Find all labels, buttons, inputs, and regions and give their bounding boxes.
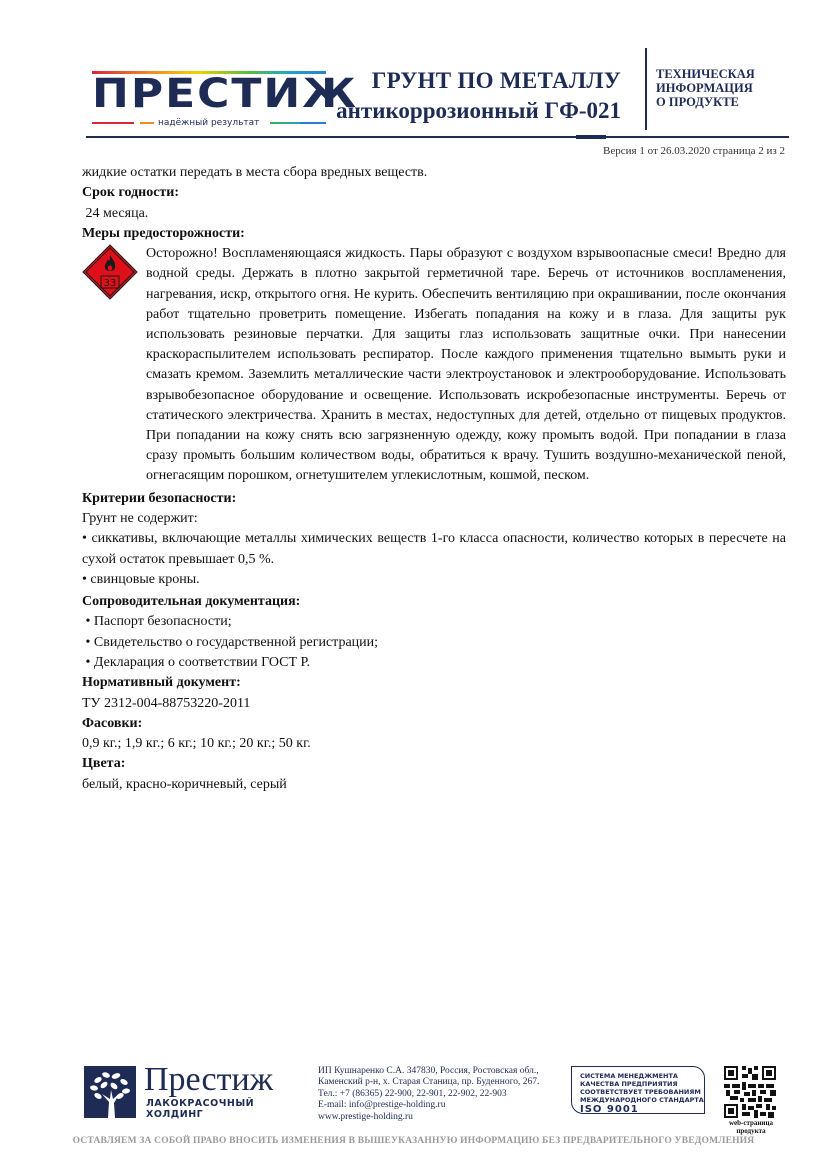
tech-info-line: ИНФОРМАЦИЯ bbox=[656, 81, 755, 95]
product-title: ГРУНТ ПО МЕТАЛЛУ антикоррозионный ГФ-021 bbox=[336, 67, 621, 127]
qr-caption-line: продукта bbox=[720, 1127, 782, 1135]
tagline-segment-blue bbox=[300, 122, 326, 124]
safety-item: • свинцовые кроны. bbox=[82, 570, 786, 590]
iso-line: КАЧЕСТВА ПРЕДПРИЯТИЯ bbox=[580, 1080, 704, 1088]
prestige-logo: ПРЕСТИЖ надёжный результат bbox=[92, 66, 328, 130]
precautions-text: Осторожно! Воспламеняющаяся жидкость. Па… bbox=[146, 244, 786, 486]
section-heading-safety: Критерии безопасности: bbox=[82, 489, 786, 509]
holding-logo-subtitle-line: ХОЛДИНГ bbox=[146, 1109, 254, 1120]
section-heading-colors: Цвета: bbox=[82, 754, 786, 774]
holding-logo-name: Престиж bbox=[144, 1060, 273, 1100]
logo-wordmark: ПРЕСТИЖ bbox=[92, 74, 358, 114]
contact-line: Каменский р-н, х. Старая Станица, пр. Бу… bbox=[318, 1077, 539, 1088]
tech-info-line: ТЕХНИЧЕСКАЯ bbox=[656, 67, 755, 81]
company-contacts: ИП Кушнаренко С.А. 347830, Россия, Росто… bbox=[318, 1066, 539, 1123]
iso-line: МЕЖДУНАРОДНОГО СТАНДАРТА bbox=[580, 1096, 704, 1104]
tagline-segment-orange bbox=[140, 122, 154, 124]
docs-item: • Паспорт безопасности; bbox=[82, 612, 786, 632]
shelf-life-text: 24 месяца. bbox=[82, 204, 786, 224]
tagline-segment-green bbox=[270, 122, 300, 124]
logo-tagline-row: надёжный результат bbox=[92, 117, 326, 129]
packaging-text: 0,9 кг.; 1,9 кг.; 6 кг.; 10 кг.; 20 кг.;… bbox=[82, 734, 786, 754]
header-rule-knob bbox=[576, 135, 606, 139]
docs-item: • Свидетельство о государственной регист… bbox=[82, 633, 786, 653]
iso-9001-badge: СИСТЕМА МЕНЕДЖМЕНТА КАЧЕСТВА ПРЕДПРИЯТИЯ… bbox=[571, 1066, 705, 1114]
holding-logo-subtitle-line: ЛАКОКРАСОЧНЫЙ bbox=[146, 1098, 254, 1109]
colors-text: белый, красно-коричневый, серый bbox=[82, 775, 786, 795]
section-heading-packaging: Фасовки: bbox=[82, 714, 786, 734]
iso-text: СИСТЕМА МЕНЕДЖМЕНТА КАЧЕСТВА ПРЕДПРИЯТИЯ… bbox=[580, 1072, 704, 1115]
section-heading-precautions: Меры предосторожности: bbox=[82, 224, 786, 244]
safety-intro: Грунт не содержит: bbox=[82, 509, 786, 529]
qr-code-icon[interactable] bbox=[724, 1066, 776, 1118]
tagline-segment-red bbox=[92, 122, 134, 124]
normative-text: ТУ 2312-004-88753220-2011 bbox=[82, 694, 786, 714]
qr-caption-line: web-страница bbox=[720, 1119, 782, 1127]
contact-website[interactable]: www.prestige-holding.ru bbox=[318, 1112, 539, 1123]
safety-item: • сиккативы, включающие металлы химическ… bbox=[82, 529, 786, 570]
header-rule bbox=[86, 136, 789, 138]
contact-line: ИП Кушнаренко С.А. 347830, Россия, Росто… bbox=[318, 1066, 539, 1077]
contact-email[interactable]: E-mail: info@prestige-holding.ru bbox=[318, 1100, 539, 1111]
docs-item: • Декларация о соответствии ГОСТ Р. bbox=[82, 653, 786, 673]
tree-icon bbox=[84, 1066, 136, 1118]
svg-text:33: 33 bbox=[104, 278, 117, 289]
holding-logo: Престиж ЛАКОКРАСОЧНЫЙ ХОЛДИНГ bbox=[84, 1066, 304, 1121]
logo-tagline: надёжный результат bbox=[158, 117, 259, 129]
precautions-block: 33 Осторожно! Воспламеняющаяся жидкость.… bbox=[146, 244, 786, 486]
iso-standard: ISO 9001 bbox=[580, 1104, 704, 1115]
product-title-line1: ГРУНТ ПО МЕТАЛЛУ bbox=[336, 67, 621, 95]
section-heading-normative: Нормативный документ: bbox=[82, 673, 786, 693]
iso-line: СИСТЕМА МЕНЕДЖМЕНТА bbox=[580, 1072, 704, 1080]
header-divider bbox=[645, 48, 647, 130]
qr-caption: web-страница продукта bbox=[720, 1119, 782, 1135]
section-heading-docs: Сопроводительная документация: bbox=[82, 592, 786, 612]
iso-line: СООТВЕТСТВУЕТ ТРЕБОВАНИЯМ bbox=[580, 1088, 704, 1096]
flammable-liquid-3-icon: 33 bbox=[82, 244, 138, 300]
product-title-line2: антикоррозионный ГФ-021 bbox=[336, 95, 621, 127]
holding-logo-subtitle: ЛАКОКРАСОЧНЫЙ ХОЛДИНГ bbox=[146, 1098, 254, 1120]
version-info: Версия 1 от 26.03.2020 страница 2 из 2 bbox=[603, 145, 785, 157]
document-body: жидкие остатки передать в места сбора вр… bbox=[82, 163, 786, 795]
intro-text: жидкие остатки передать в места сбора вр… bbox=[82, 163, 786, 183]
tech-info-line: О ПРОДУКТЕ bbox=[656, 95, 755, 109]
contact-phone: Тел.: +7 (86365) 22-900, 22-901, 22-902,… bbox=[318, 1089, 539, 1100]
tech-info-label: ТЕХНИЧЕСКАЯ ИНФОРМАЦИЯ О ПРОДУКТЕ bbox=[656, 67, 755, 109]
disclaimer: ОСТАВЛЯЕМ ЗА СОБОЙ ПРАВО ВНОСИТЬ ИЗМЕНЕН… bbox=[0, 1136, 827, 1146]
section-heading-shelf-life: Срок годности: bbox=[82, 183, 786, 203]
